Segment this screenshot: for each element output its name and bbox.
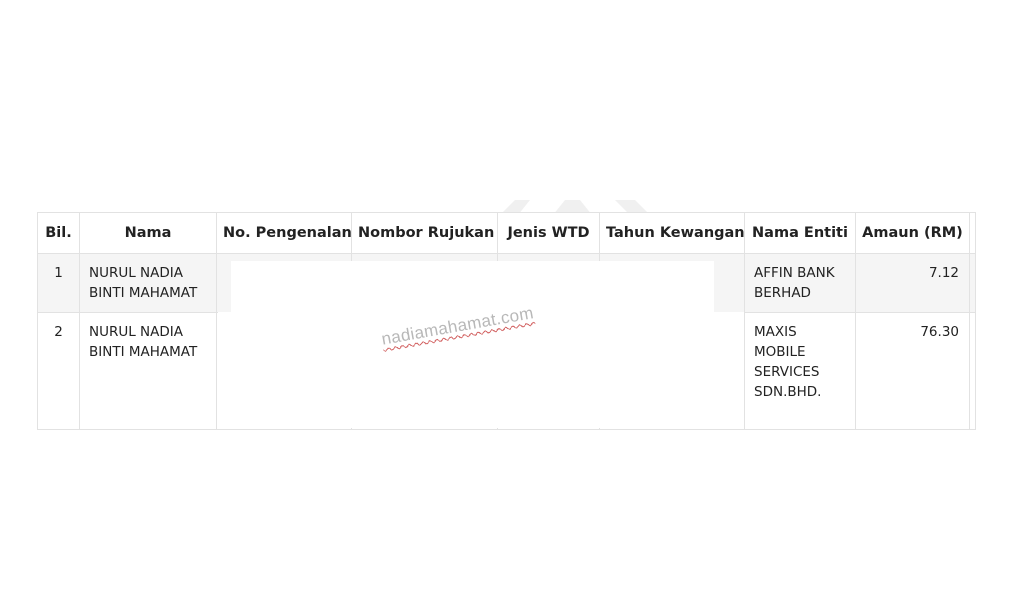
table-header-row: Bil. Nama No. Pengenalan Nombor Rujukan … (38, 213, 976, 254)
header-jenis-wtd: Jenis WTD (498, 213, 600, 254)
header-tahun-kewangan: Tahun Kewangan (600, 213, 745, 254)
cell-amaun: 76.30 (856, 313, 970, 430)
cell-nama-entiti: AFFIN BANK BERHAD (745, 254, 856, 313)
cell-amaun: 7.12 (856, 254, 970, 313)
header-nombor-rujukan: Nombor Rujukan (352, 213, 498, 254)
cell-nama-entiti: MAXIS MOBILE SERVICES SDN.BHD. (745, 313, 856, 430)
cell-spacer (970, 254, 976, 313)
header-spacer (970, 213, 976, 254)
cell-bil: 2 (38, 313, 80, 430)
header-nama: Nama (80, 213, 217, 254)
cell-spacer (970, 313, 976, 430)
cell-nama: NURUL NADIA BINTI MAHAMAT (80, 254, 217, 313)
header-amaun: Amaun (RM) (856, 213, 970, 254)
header-nama-entiti: Nama Entiti (745, 213, 856, 254)
cell-nama: NURUL NADIA BINTI MAHAMAT (80, 313, 217, 430)
header-bil: Bil. (38, 213, 80, 254)
cell-bil: 1 (38, 254, 80, 313)
header-no-pengenalan: No. Pengenalan (217, 213, 352, 254)
